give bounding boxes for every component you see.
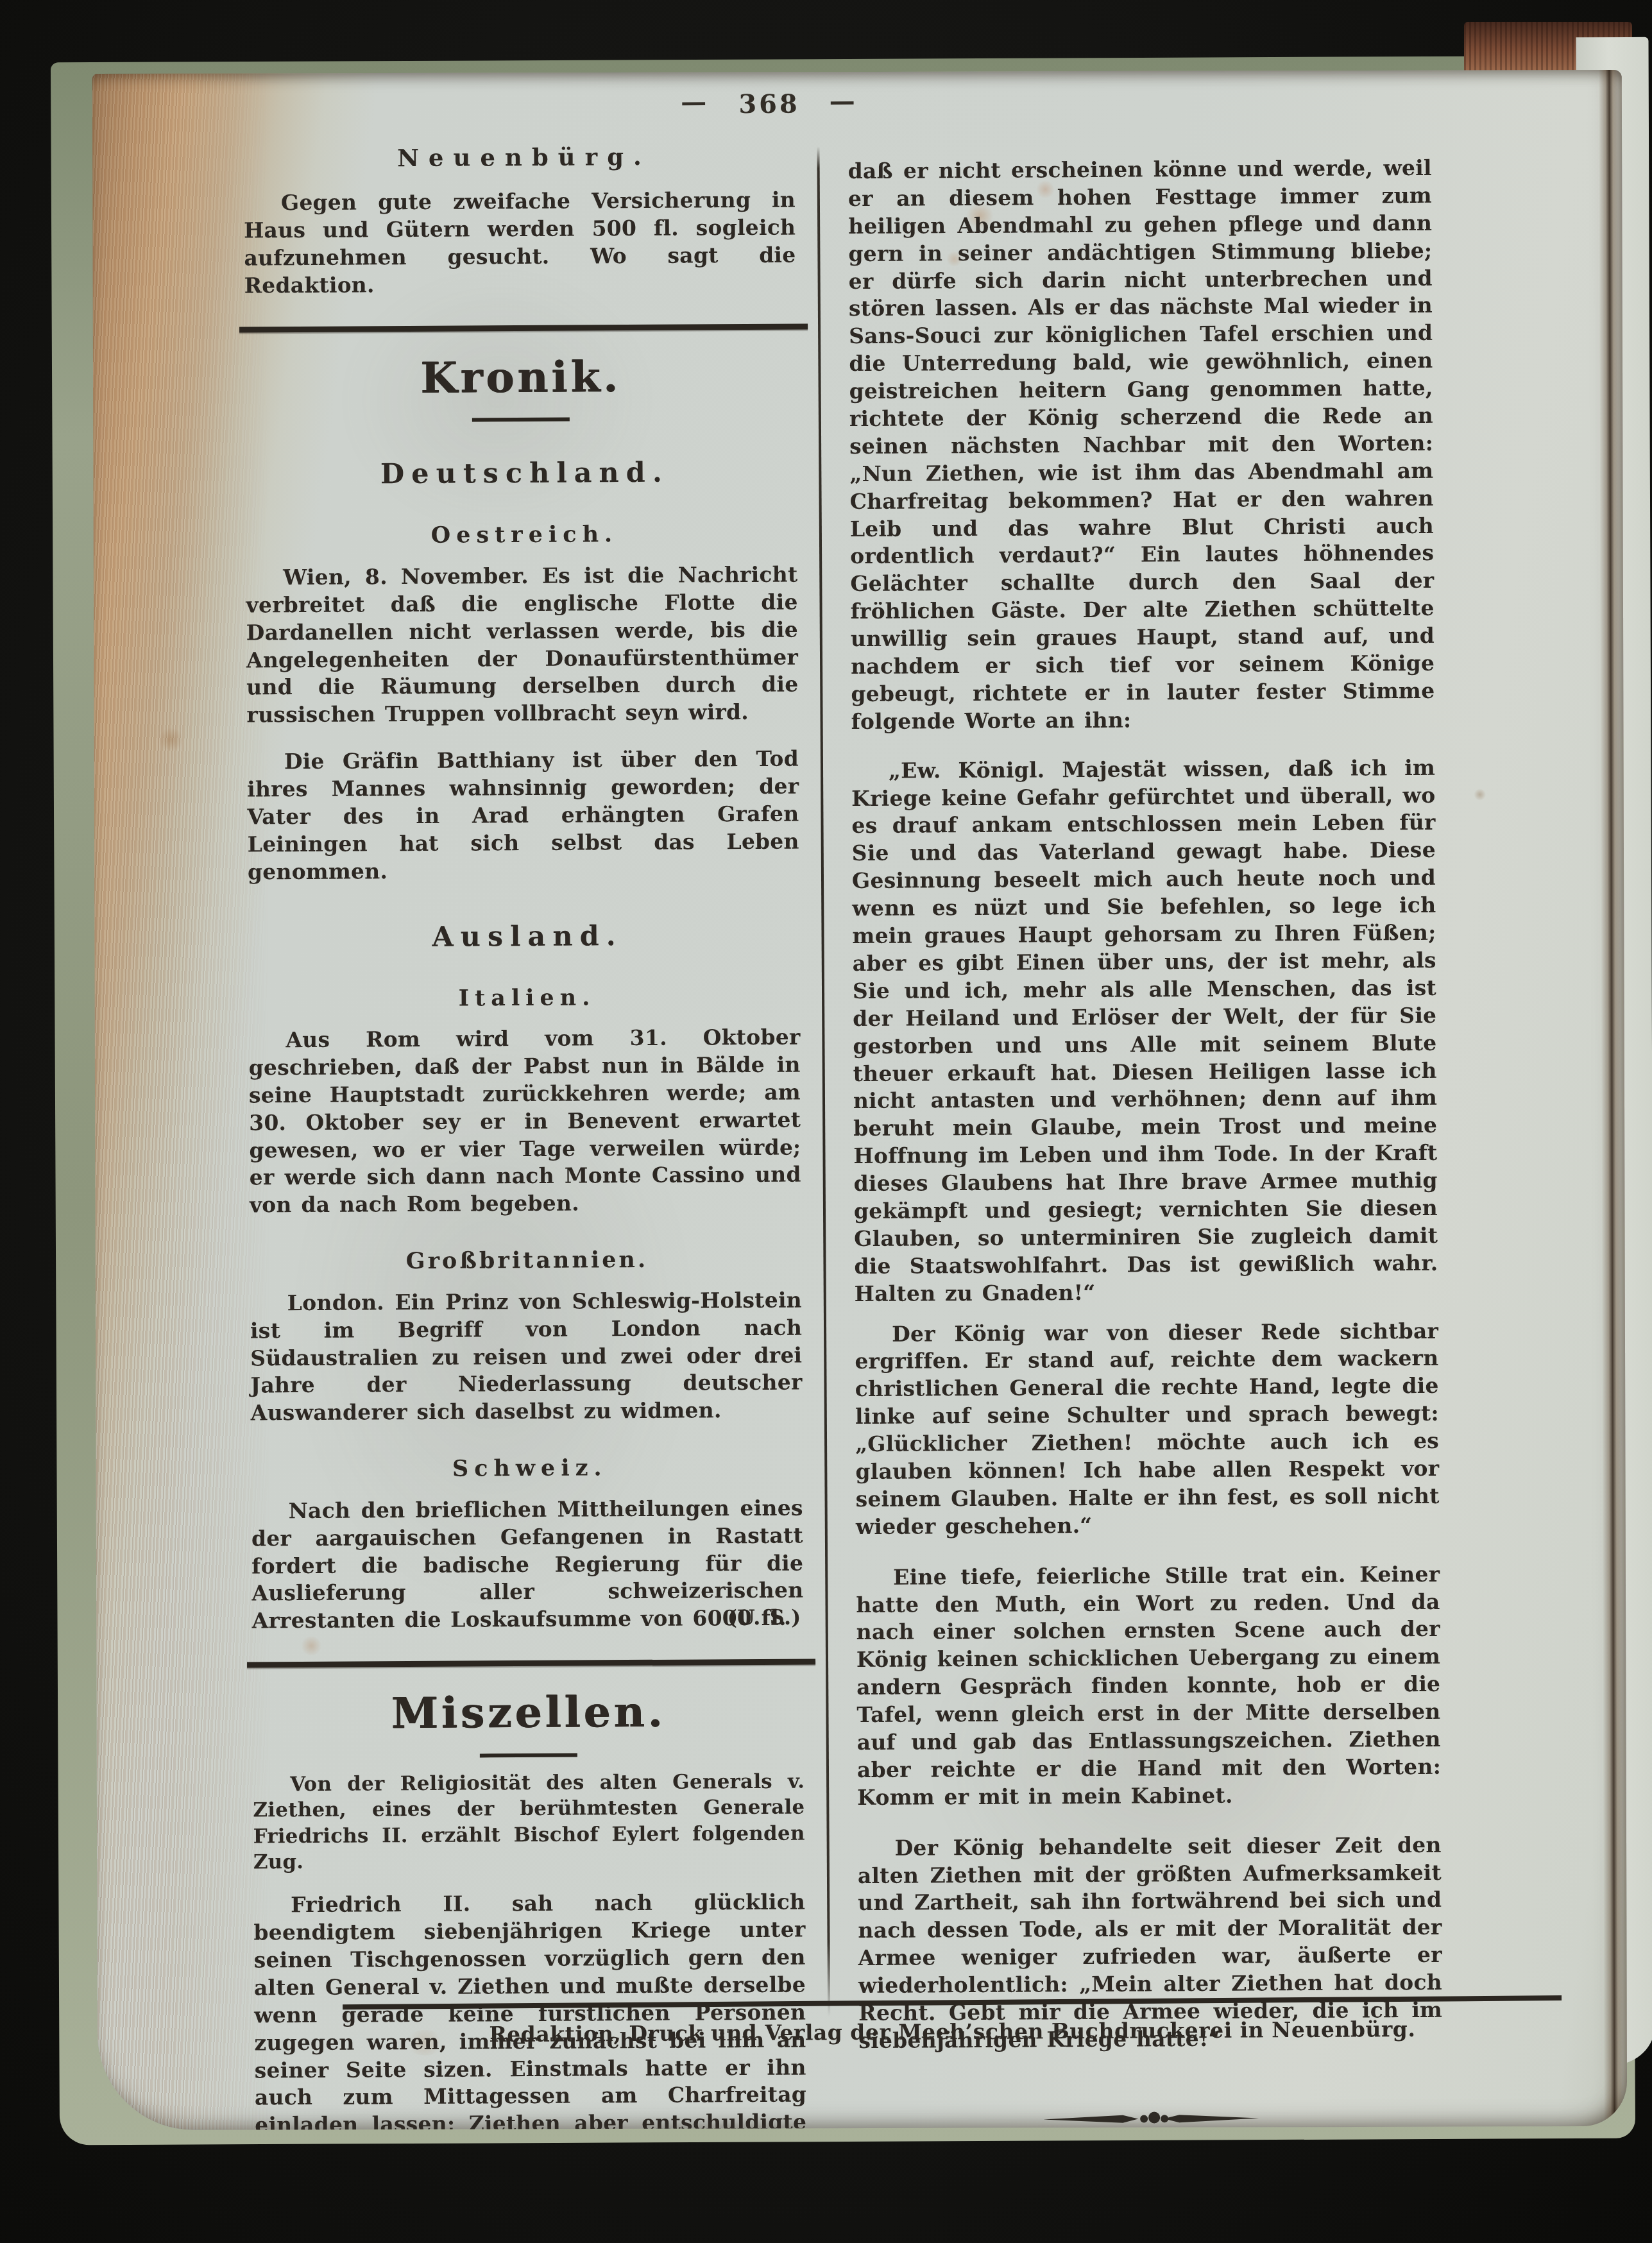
rom-paragraph: Aus Rom wird vom 31. Oktober geschrieben…: [248, 1024, 801, 1220]
heading-grossbritannien: Großbritannien.: [250, 1245, 801, 1277]
wien-paragraph: Wien, 8. November. Es ist die Nachricht …: [246, 561, 798, 729]
column-divider-rule: [817, 146, 830, 2017]
fleuron-divider-icon: [1042, 2108, 1260, 2129]
batthiany-paragraph: Die Gräfin Batthiany ist über den Tod ih…: [247, 746, 799, 886]
stille-paragraph: Eine tiefe, feierliche Stille trat ein. …: [856, 1560, 1441, 1811]
kronik-underline-rule: [472, 418, 570, 422]
section-rule: [247, 1659, 815, 1668]
page-number-dash-left: —: [681, 87, 709, 117]
miszellen-underline-rule: [480, 1753, 577, 1758]
schweiz-paragraph: Nach den brieflichen Mittheilungen eines…: [251, 1494, 804, 1635]
friedrich-paragraph: Friedrich II. sah nach glücklich beendig…: [253, 1889, 806, 2130]
miszellen-intro-paragraph: Von der Religiosität des alten Generals …: [253, 1768, 805, 1875]
notice-paragraph: Gegen gute zweifache Versicherung in Hau…: [244, 187, 796, 300]
heading-schweiz: Schweiz.: [251, 1453, 803, 1485]
left-column: Neuenbürg. Gegen gute zweifache Versiche…: [243, 137, 806, 2131]
scanned-newspaper-page: —368— Neuenbürg. Gegen gute zweifache Ve…: [92, 70, 1627, 2130]
section-rule: [239, 323, 808, 332]
heading-deutschland: Deutschland.: [245, 455, 797, 494]
heading-oestreich: Oestreich.: [246, 519, 797, 551]
book-photograph: —368— Neuenbürg. Gegen gute zweifache Ve…: [0, 0, 1652, 2243]
printed-content: —368— Neuenbürg. Gegen gute zweifache Ve…: [92, 70, 1627, 2130]
heading-miszellen: Miszellen.: [252, 1684, 804, 1743]
correspondent-initials: (U. S.): [727, 1604, 801, 1631]
king-reply-paragraph: Der König war von dieser Rede sichtbar e…: [855, 1317, 1440, 1540]
heading-neuenbuerg: Neuenbürg.: [243, 141, 795, 175]
heading-italien: Italien.: [248, 982, 800, 1014]
ziethen-continuation-paragraph: daß er nicht erscheinen könne und werde,…: [848, 155, 1435, 736]
heading-kronik: Kronik.: [244, 348, 796, 407]
page-number-value: 368: [738, 89, 800, 120]
ziethen-speech-paragraph: „Ew. Königl. Majestät wissen, daß ich im…: [851, 755, 1438, 1308]
page-number-dash-right: —: [830, 86, 858, 116]
page-number: —368—: [545, 88, 994, 121]
london-paragraph: London. Ein Prinz von Schleswig-Holstein…: [250, 1286, 803, 1427]
right-column: daß er nicht erscheinen könne und werde,…: [848, 155, 1443, 2130]
heading-ausland: Ausland.: [248, 917, 799, 957]
